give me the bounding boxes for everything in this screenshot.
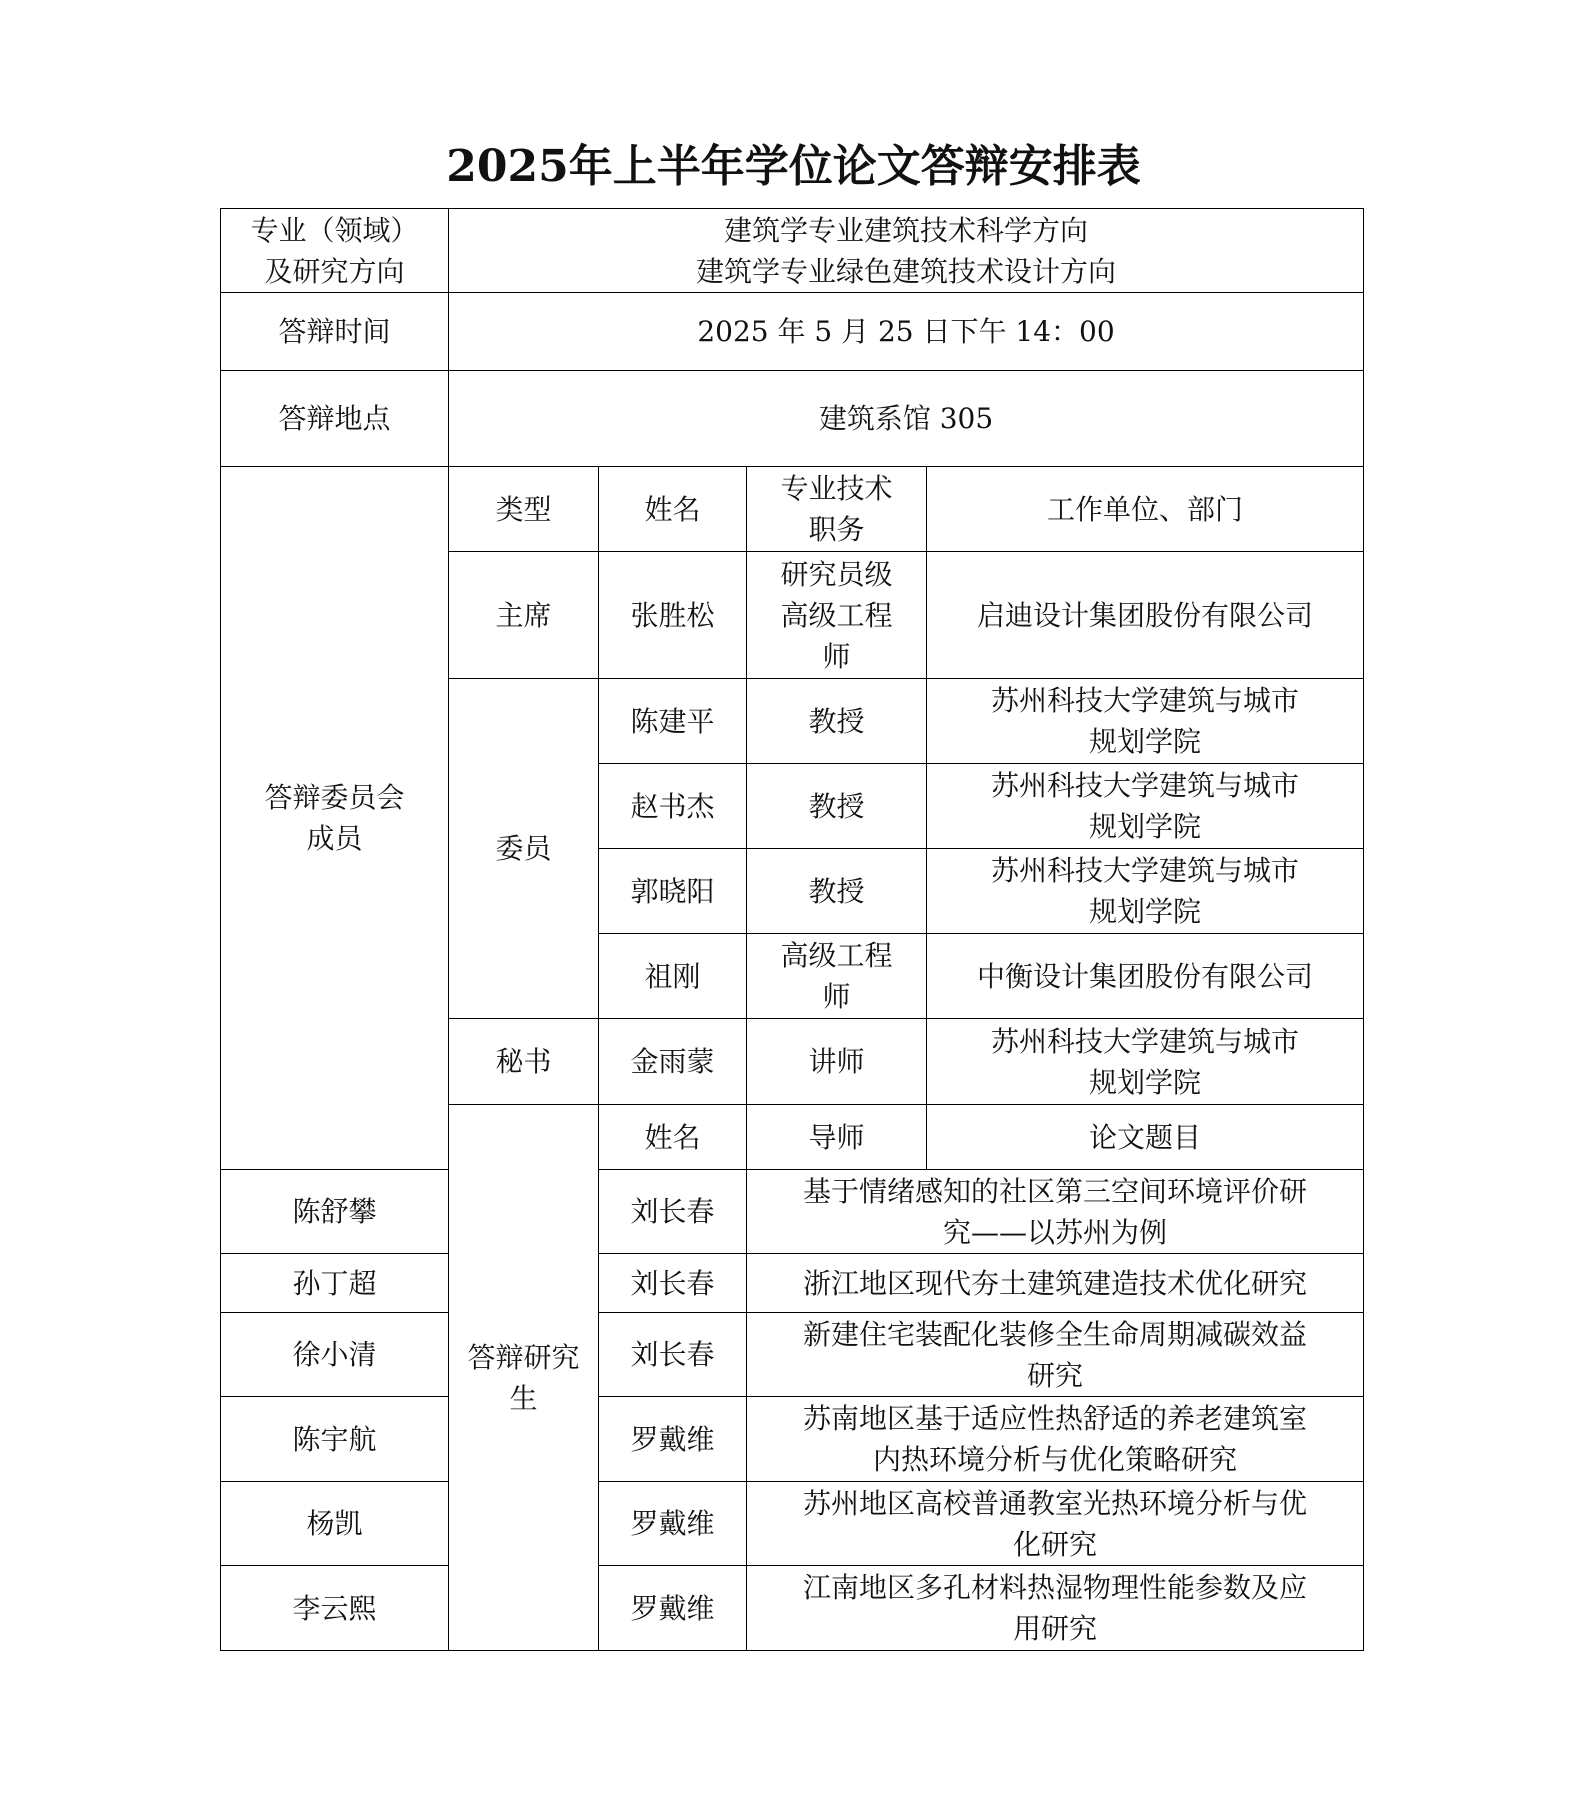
student-name: 杨凯 — [221, 1482, 449, 1566]
header-title: 专业技术 职务 — [747, 467, 927, 552]
thesis-line: 化研究 — [753, 1524, 1357, 1565]
org-line: 规划学院 — [933, 806, 1357, 847]
student-row: 徐小清 刘长春 新建住宅装配化装修全生命周期减碳效益 研究 — [221, 1313, 1364, 1397]
document-title: 2025年上半年学位论文答辩安排表 — [0, 130, 1587, 194]
org-line: 苏州科技大学建筑与城市 — [933, 1021, 1357, 1062]
thesis-line: 苏南地区基于适应性热舒适的养老建筑室 — [753, 1398, 1357, 1439]
secretary-name: 金雨蒙 — [599, 1019, 747, 1105]
student-row: 杨凯 罗戴维 苏州地区高校普通教室光热环境分析与优 化研究 — [221, 1482, 1364, 1566]
major-label: 专业（领域） 及研究方向 — [221, 209, 449, 293]
title-line: 高级工程 — [753, 595, 920, 636]
title-line: 师 — [753, 976, 920, 1017]
title-line: 研究员级 — [753, 554, 920, 595]
student-advisor: 刘长春 — [599, 1254, 747, 1313]
student-row: 陈舒攀 刘长春 基于情绪感知的社区第三空间环境评价研 究——以苏州为例 — [221, 1170, 1364, 1254]
student-name: 陈宇航 — [221, 1397, 449, 1482]
member-title: 教授 — [747, 764, 927, 849]
thesis-line: 内热环境分析与优化策略研究 — [753, 1439, 1357, 1480]
secretary-title: 讲师 — [747, 1019, 927, 1105]
time-label: 答辩时间 — [221, 293, 449, 371]
header-type: 类型 — [449, 467, 599, 552]
student-thesis: 浙江地区现代夯土建筑建造技术优化研究 — [747, 1254, 1364, 1313]
chair-type: 主席 — [449, 552, 599, 679]
major-label-line: 专业（领域） — [227, 210, 442, 251]
students-label: 答辩研究生 — [449, 1105, 599, 1651]
thesis-line: 研究 — [753, 1355, 1357, 1396]
student-thesis: 基于情绪感知的社区第三空间环境评价研 究——以苏州为例 — [747, 1170, 1364, 1254]
student-thesis: 苏州地区高校普通教室光热环境分析与优 化研究 — [747, 1482, 1364, 1566]
student-row: 孙丁超 刘长春 浙江地区现代夯土建筑建造技术优化研究 — [221, 1254, 1364, 1313]
header-advisor: 导师 — [747, 1105, 927, 1170]
time-value: 2025 年 5 月 25 日下午 14：00 — [449, 293, 1364, 371]
committee-label-line: 答辩委员会 — [227, 777, 442, 818]
thesis-line: 江南地区多孔材料热湿物理性能参数及应 — [753, 1567, 1357, 1608]
student-thesis: 新建住宅装配化装修全生命周期减碳效益 研究 — [747, 1313, 1364, 1397]
major-row: 专业（领域） 及研究方向 建筑学专业建筑技术科学方向 建筑学专业绿色建筑技术设计… — [221, 209, 1364, 293]
student-advisor: 刘长春 — [599, 1313, 747, 1397]
major-label-line: 及研究方向 — [227, 251, 442, 292]
thesis-line: 基于情绪感知的社区第三空间环境评价研 — [753, 1171, 1357, 1212]
title-line: 师 — [753, 636, 920, 677]
member-title: 教授 — [747, 849, 927, 934]
member-title: 高级工程 师 — [747, 934, 927, 1019]
committee-label-line: 成员 — [227, 818, 442, 859]
student-thesis: 江南地区多孔材料热湿物理性能参数及应 用研究 — [747, 1566, 1364, 1651]
org-line: 苏州科技大学建筑与城市 — [933, 765, 1357, 806]
committee-header-row: 答辩委员会 成员 类型 姓名 专业技术 职务 工作单位、部门 — [221, 467, 1364, 552]
student-advisor: 罗戴维 — [599, 1482, 747, 1566]
student-thesis: 苏南地区基于适应性热舒适的养老建筑室 内热环境分析与优化策略研究 — [747, 1397, 1364, 1482]
place-row: 答辩地点 建筑系馆 305 — [221, 371, 1364, 467]
member-name: 赵书杰 — [599, 764, 747, 849]
major-value: 建筑学专业建筑技术科学方向 建筑学专业绿色建筑技术设计方向 — [449, 209, 1364, 293]
thesis-line: 新建住宅装配化装修全生命周期减碳效益 — [753, 1314, 1357, 1355]
major-value-line: 建筑学专业建筑技术科学方向 — [455, 210, 1357, 251]
header-org: 工作单位、部门 — [927, 467, 1364, 552]
student-name: 陈舒攀 — [221, 1170, 449, 1254]
thesis-line: 苏州地区高校普通教室光热环境分析与优 — [753, 1483, 1357, 1524]
org-line: 苏州科技大学建筑与城市 — [933, 850, 1357, 891]
student-advisor: 刘长春 — [599, 1170, 747, 1254]
chair-org: 启迪设计集团股份有限公司 — [927, 552, 1364, 679]
student-name: 徐小清 — [221, 1313, 449, 1397]
header-name: 姓名 — [599, 467, 747, 552]
org-line: 规划学院 — [933, 891, 1357, 932]
org-line: 规划学院 — [933, 721, 1357, 762]
header-thesis: 论文题目 — [927, 1105, 1364, 1170]
major-value-line: 建筑学专业绿色建筑技术设计方向 — [455, 251, 1357, 292]
committee-label: 答辩委员会 成员 — [221, 467, 449, 1170]
chair-name: 张胜松 — [599, 552, 747, 679]
student-advisor: 罗戴维 — [599, 1566, 747, 1651]
student-advisor: 罗戴维 — [599, 1397, 747, 1482]
thesis-line: 用研究 — [753, 1608, 1357, 1649]
header-title-line: 专业技术 — [753, 468, 920, 509]
member-type: 委员 — [449, 679, 599, 1019]
member-org: 苏州科技大学建筑与城市 规划学院 — [927, 679, 1364, 764]
org-line: 规划学院 — [933, 1062, 1357, 1103]
defense-schedule-table: 专业（领域） 及研究方向 建筑学专业建筑技术科学方向 建筑学专业绿色建筑技术设计… — [220, 208, 1364, 1651]
member-title: 教授 — [747, 679, 927, 764]
member-name: 陈建平 — [599, 679, 747, 764]
student-name: 李云熙 — [221, 1566, 449, 1651]
thesis-line: 究——以苏州为例 — [753, 1212, 1357, 1253]
student-row: 李云熙 罗戴维 江南地区多孔材料热湿物理性能参数及应 用研究 — [221, 1566, 1364, 1651]
header-title-line: 职务 — [753, 509, 920, 550]
org-line: 苏州科技大学建筑与城市 — [933, 680, 1357, 721]
student-row: 陈宇航 罗戴维 苏南地区基于适应性热舒适的养老建筑室 内热环境分析与优化策略研究 — [221, 1397, 1364, 1482]
member-org: 苏州科技大学建筑与城市 规划学院 — [927, 764, 1364, 849]
secretary-org: 苏州科技大学建筑与城市 规划学院 — [927, 1019, 1364, 1105]
title-line: 高级工程 — [753, 935, 920, 976]
member-org: 中衡设计集团股份有限公司 — [927, 934, 1364, 1019]
chair-title: 研究员级 高级工程 师 — [747, 552, 927, 679]
place-label: 答辩地点 — [221, 371, 449, 467]
member-name: 郭晓阳 — [599, 849, 747, 934]
time-row: 答辩时间 2025 年 5 月 25 日下午 14：00 — [221, 293, 1364, 371]
header-student-name: 姓名 — [599, 1105, 747, 1170]
member-org: 苏州科技大学建筑与城市 规划学院 — [927, 849, 1364, 934]
member-name: 祖刚 — [599, 934, 747, 1019]
secretary-type: 秘书 — [449, 1019, 599, 1105]
place-value: 建筑系馆 305 — [449, 371, 1364, 467]
student-name: 孙丁超 — [221, 1254, 449, 1313]
